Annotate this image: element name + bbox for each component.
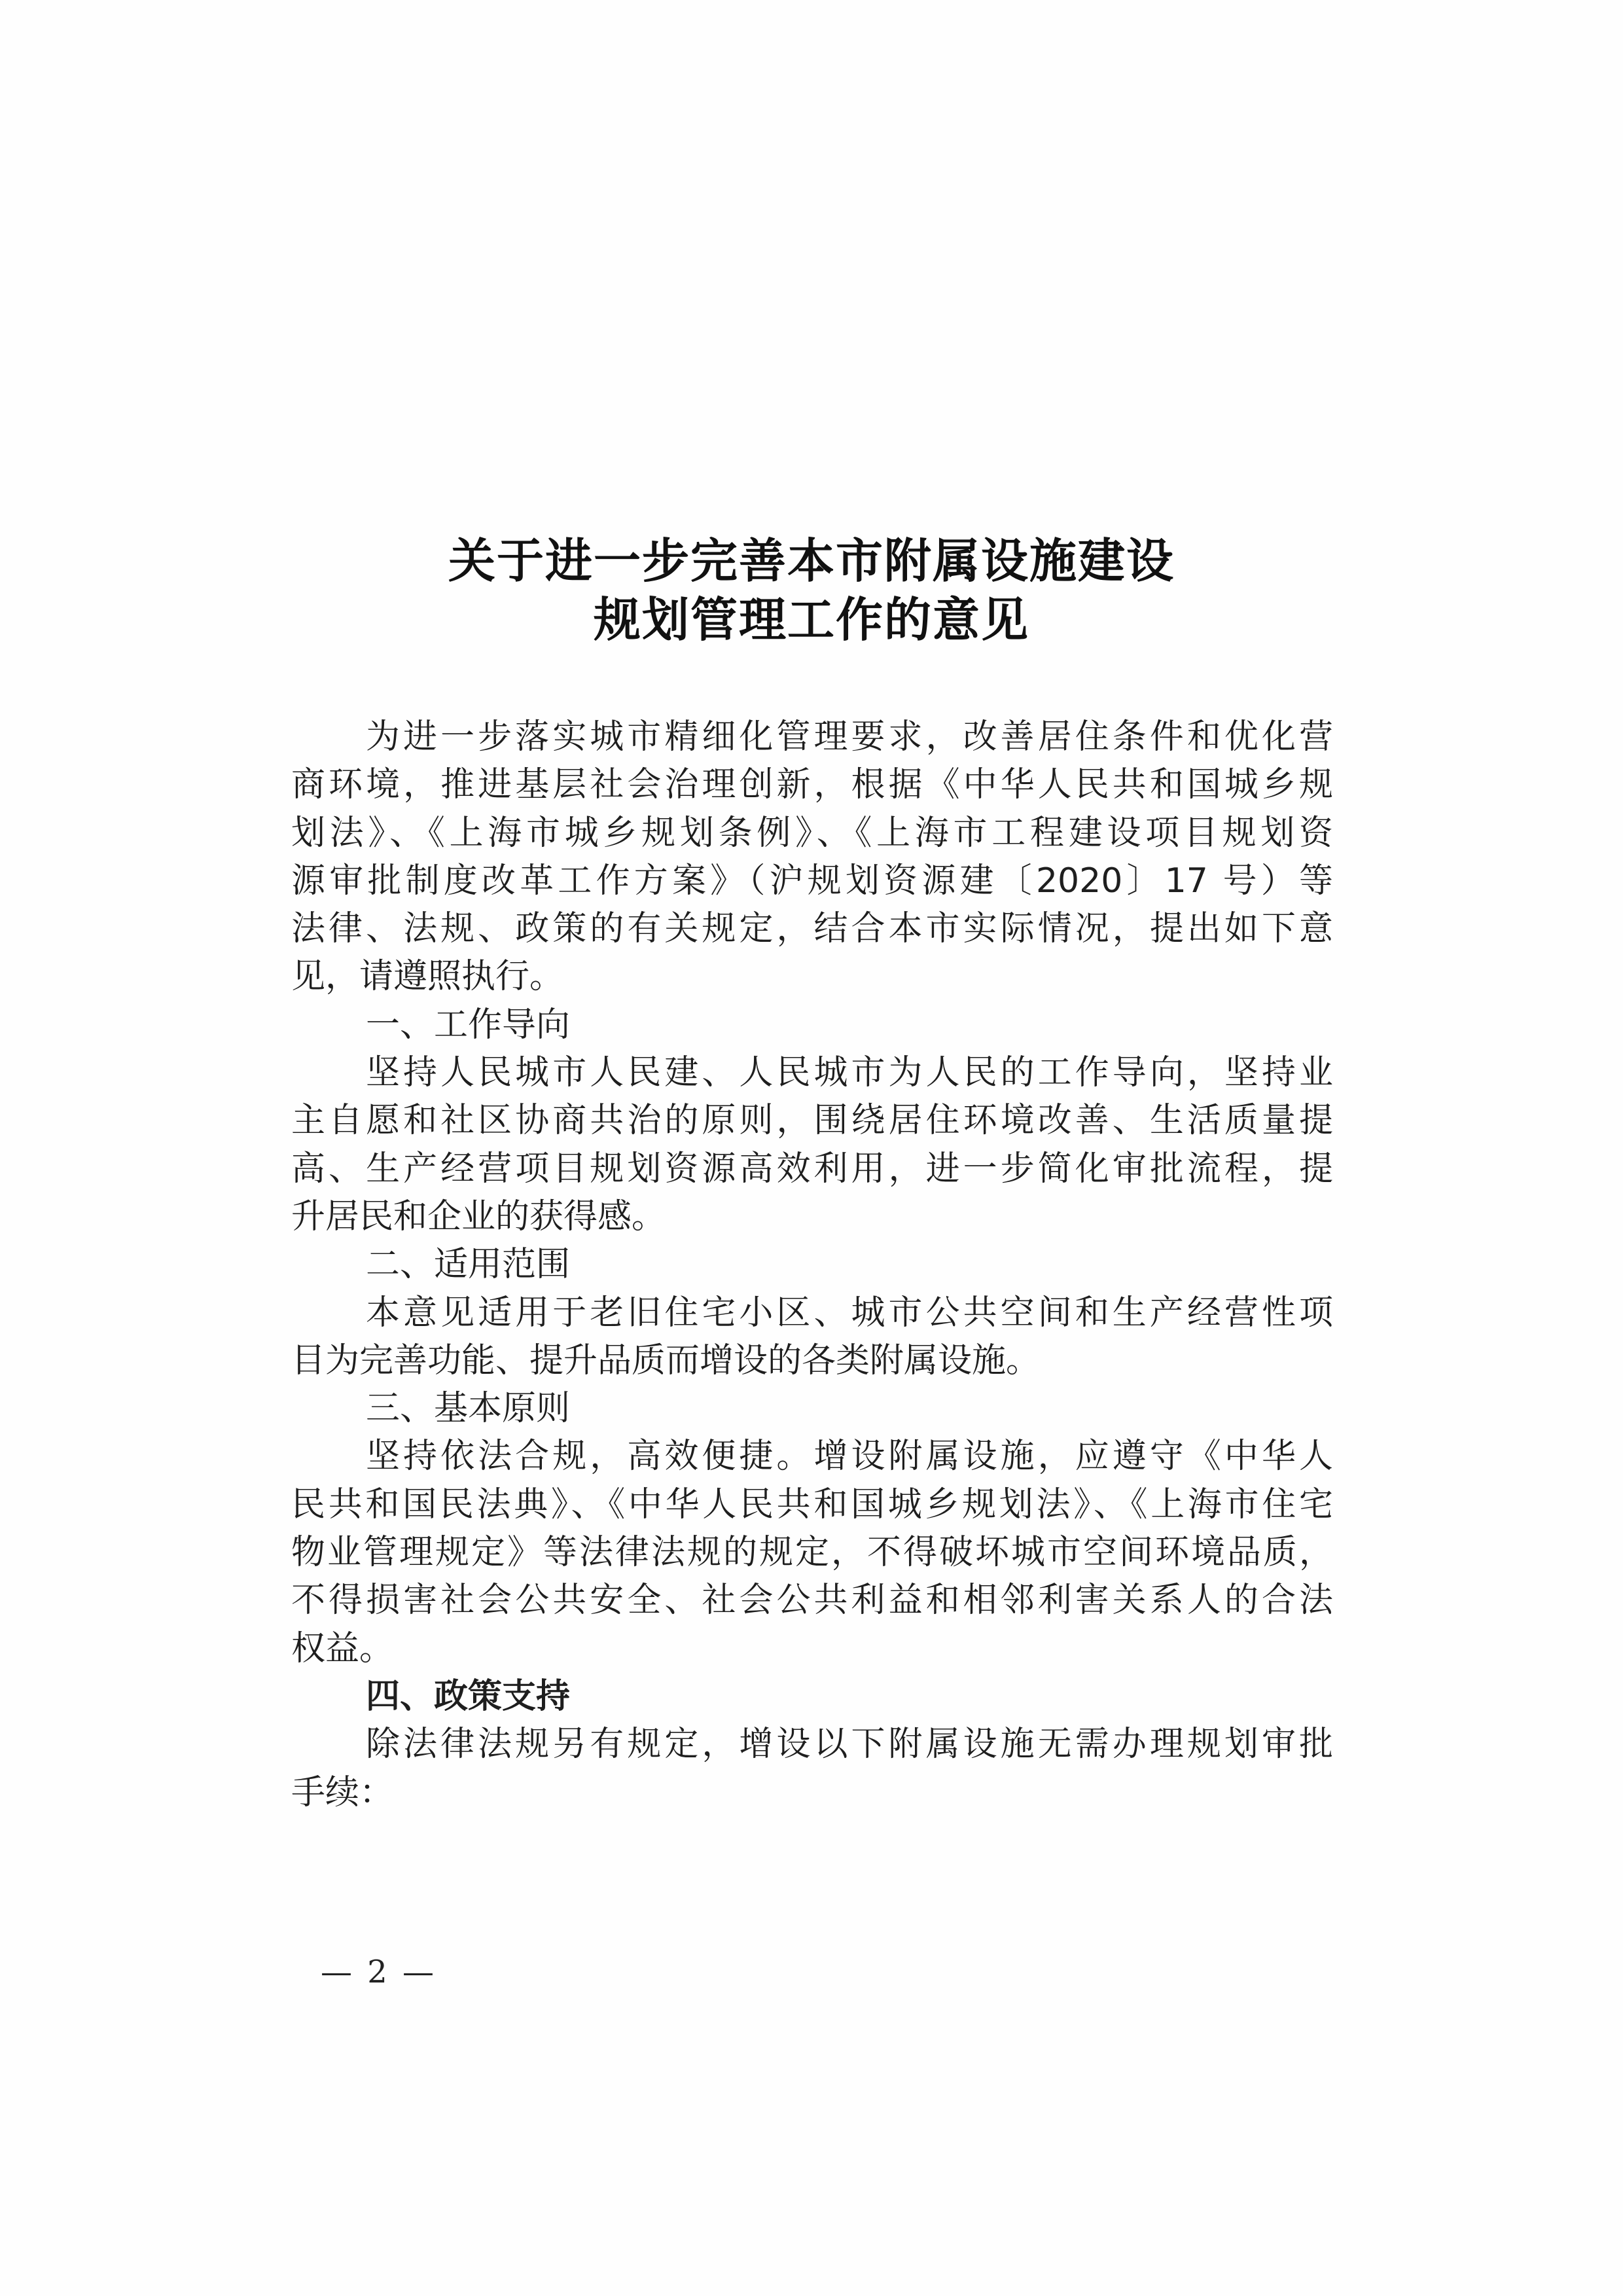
section-work-orientation: 一、工作导向 坚持人民城市人民建、人民城市为人民的工作导向，坚持业 主自愿和社区… <box>291 1001 1333 1241</box>
paragraph-line: 目为完善功能、提升品质而增设的各类附属设施。 <box>291 1337 1333 1385</box>
paragraph-line: 源审批制度改革工作方案》（沪规划资源建〔2020〕17 号）等 <box>291 857 1333 905</box>
document-body: 为进一步落实城市精细化管理要求，改善居住条件和优化营 商环境，推进基层社会治理创… <box>291 713 1333 1817</box>
document-title-line-2: 规划管理工作的意见 <box>0 590 1623 649</box>
paragraph-line: 权益。 <box>291 1625 1333 1673</box>
section-heading: 三、基本原则 <box>291 1385 1333 1433</box>
paragraph-line: 坚持人民城市人民建、人民城市为人民的工作导向，坚持业 <box>291 1049 1333 1097</box>
paragraph-line: 坚持依法合规，高效便捷。增设附属设施，应遵守《中华人 <box>291 1433 1333 1480</box>
section-heading: 一、工作导向 <box>291 1001 1333 1049</box>
paragraph-line: 商环境，推进基层社会治理创新，根据《中华人民共和国城乡规 <box>291 761 1333 809</box>
section-heading: 四、政策支持 <box>291 1673 1333 1721</box>
paragraph-line: 本意见适用于老旧住宅小区、城市公共空间和生产经营性项 <box>291 1289 1333 1337</box>
preamble-paragraph: 为进一步落实城市精细化管理要求，改善居住条件和优化营 商环境，推进基层社会治理创… <box>291 713 1333 1001</box>
section-scope: 二、适用范围 本意见适用于老旧住宅小区、城市公共空间和生产经营性项 目为完善功能… <box>291 1241 1333 1385</box>
paragraph-line: 高、生产经营项目规划资源高效利用，进一步简化审批流程，提 <box>291 1145 1333 1193</box>
paragraph-line: 物业管理规定》等法律法规的规定，不得破坏城市空间环境品质， <box>291 1529 1333 1577</box>
paragraph-line: 除法律法规另有规定，增设以下附属设施无需办理规划审批 <box>291 1721 1333 1768</box>
section-policy-support: 四、政策支持 除法律法规另有规定，增设以下附属设施无需办理规划审批 手续： <box>291 1673 1333 1817</box>
section-basic-principles: 三、基本原则 坚持依法合规，高效便捷。增设附属设施，应遵守《中华人 民共和国民法… <box>291 1385 1333 1673</box>
document-page: 关于进一步完善本市附属设施建设 规划管理工作的意见 为进一步落实城市精细化管理要… <box>0 0 1623 2296</box>
paragraph-line: 主自愿和社区协商共治的原则，围绕居住环境改善、生活质量提 <box>291 1097 1333 1145</box>
paragraph-line: 划法》、《上海市城乡规划条例》、《上海市工程建设项目规划资 <box>291 810 1333 857</box>
paragraph-line: 为进一步落实城市精细化管理要求，改善居住条件和优化营 <box>291 713 1333 761</box>
paragraph-line: 法律、法规、政策的有关规定，结合本市实际情况，提出如下意 <box>291 905 1333 953</box>
page-number: — 2 — <box>321 1954 437 1990</box>
paragraph-line: 不得损害社会公共安全、社会公共利益和相邻利害关系人的合法 <box>291 1577 1333 1624</box>
paragraph-line: 升居民和企业的获得感。 <box>291 1193 1333 1241</box>
document-title-line-1: 关于进一步完善本市附属设施建设 <box>0 531 1623 590</box>
section-heading: 二、适用范围 <box>291 1241 1333 1289</box>
paragraph-line: 见，请遵照执行。 <box>291 953 1333 1001</box>
paragraph-line: 民共和国民法典》、《中华人民共和国城乡规划法》、《上海市住宅 <box>291 1481 1333 1529</box>
paragraph-line: 手续： <box>291 1769 1333 1817</box>
